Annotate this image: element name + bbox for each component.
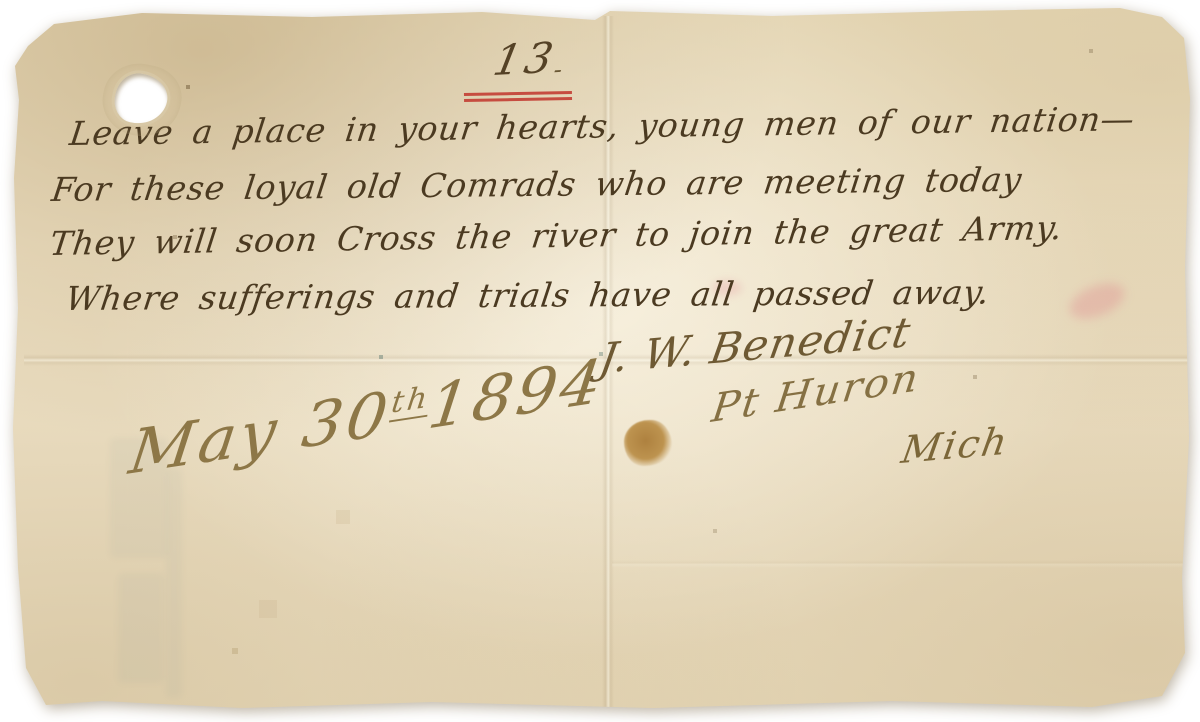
foxing-speckles [12, 8, 14, 10]
manuscript-line-3: They will soon Cross the river to join t… [48, 208, 1066, 263]
manuscript-line-2: For these loyal old Comrads who are meet… [49, 160, 1024, 209]
pink-smudge [1064, 276, 1129, 326]
manuscript-paper: 13- Leave a place in your hearts, young … [12, 8, 1190, 708]
page-number: 13- [489, 32, 573, 87]
page-number-value: 13 [489, 33, 561, 85]
state-name: Mich [898, 419, 1012, 472]
punch-hole [110, 69, 171, 129]
red-double-underline [464, 91, 572, 102]
lower-fold-crease [612, 560, 1200, 568]
scanned-document: 13- Leave a place in your hearts, young … [0, 0, 1200, 722]
manuscript-line-4: Where sufferings and trials have all pas… [63, 273, 992, 318]
date-ordinal: th [389, 380, 432, 422]
date-month-day: May 30 [125, 377, 395, 489]
ink-stain [624, 420, 672, 466]
manuscript-line-1: Leave a place in your hearts, young men … [68, 99, 1138, 153]
paper-shadow: 13- Leave a place in your hearts, young … [0, 0, 1200, 722]
date: May 30th1894 [125, 345, 608, 489]
